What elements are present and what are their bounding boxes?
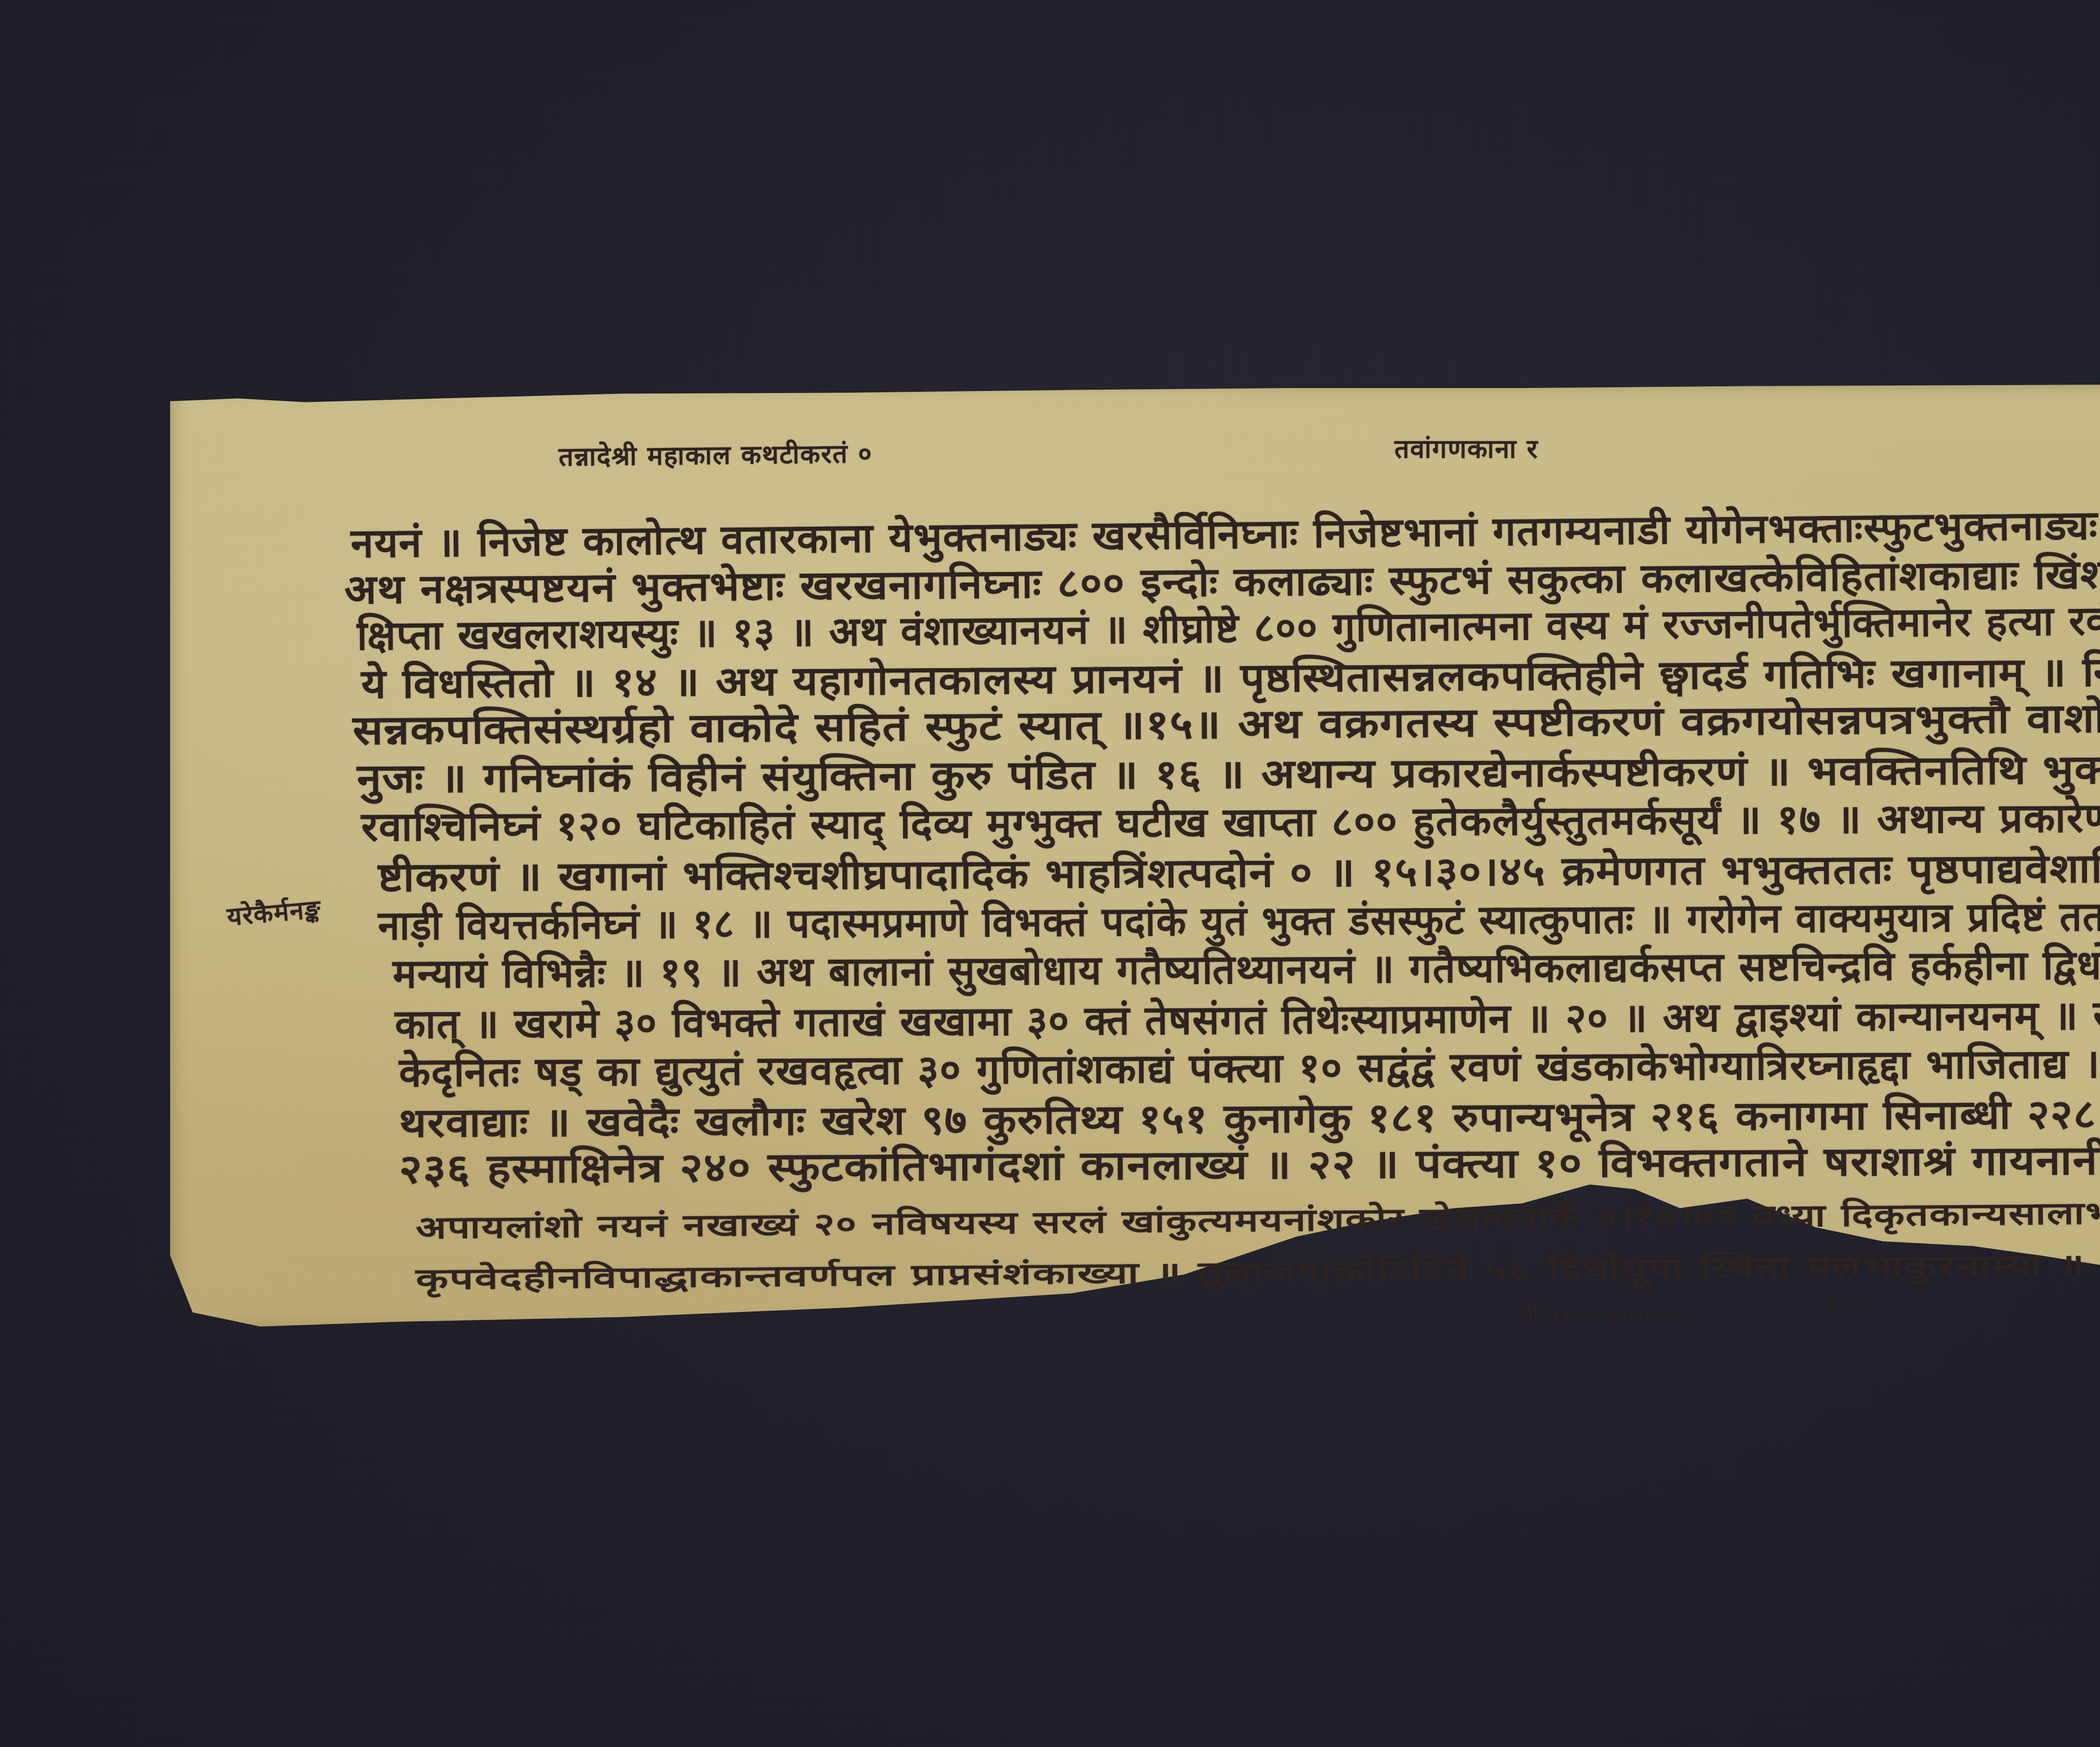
text-line-14: २३६ हस्माक्षिनेत्र २४० स्फुटकांतिभागंदशा…	[399, 1131, 2100, 1195]
header-note-center: तवांगणकाना र	[1394, 430, 1538, 466]
header-note-left: तन्नादेश्री महाकाल कथटीकरतं ०	[559, 435, 873, 474]
lower-note-left: ही ५।१० ०।४।१०	[1520, 1298, 1677, 1330]
lower-note-right: द्द ८	[1827, 1285, 1861, 1317]
